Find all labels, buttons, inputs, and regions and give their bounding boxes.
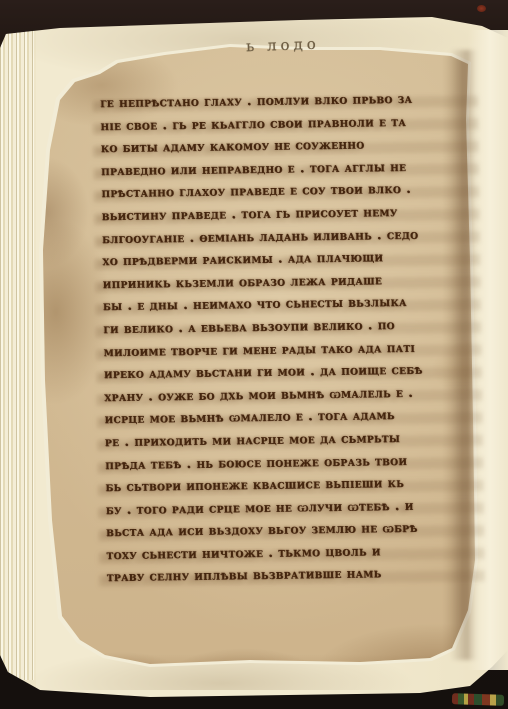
manuscript-photo: ь лодо ге непрѣстано глаху . помлуи влко… <box>0 0 508 709</box>
marginal-note: ь лодо <box>246 35 320 56</box>
red-corner-mark <box>477 5 486 12</box>
endband-sliver <box>452 693 504 706</box>
manuscript-line: траву селну иплѣвы вьзвративше намь <box>107 562 479 590</box>
manuscript-text-block: ге непрѣстано глаху . помлуи влко прьво … <box>100 88 479 590</box>
